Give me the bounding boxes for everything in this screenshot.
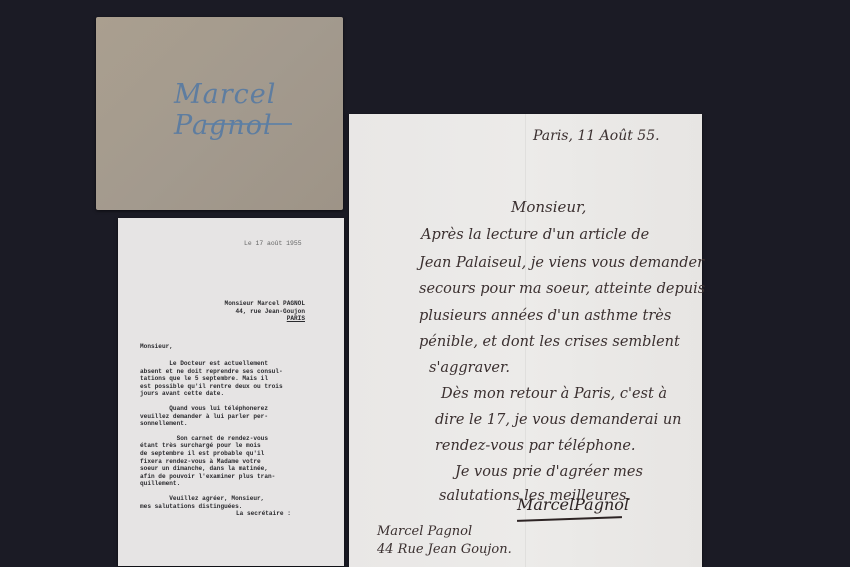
envelope-underline: [204, 123, 292, 125]
address-city: PARIS: [225, 315, 305, 323]
typed-paragraph: Quand vous lui téléphonerez veuillez dem…: [140, 405, 330, 428]
handwritten-line: Après la lecture d'un article de: [421, 227, 649, 243]
typed-letter: Le 17 août 1955 Monsieur Marcel PAGNOL 4…: [118, 218, 344, 566]
handwritten-line: secours pour ma soeur, atteinte depuis: [419, 281, 705, 297]
handwritten-date: Paris, 11 Août 55.: [533, 128, 660, 144]
handwritten-line: s'aggraver.: [429, 360, 510, 376]
handwritten-salutation: Monsieur,: [511, 198, 586, 216]
typed-letter-body: Le Docteur est actuellement absent et ne…: [140, 360, 330, 517]
address-line-1: Monsieur Marcel PAGNOL: [225, 300, 305, 308]
handwritten-line: pénible, et dont les crises semblent: [419, 334, 680, 350]
signature-underline: [517, 516, 622, 522]
typed-letter-signature: La secrétaire :: [236, 510, 291, 518]
typed-letter-address: Monsieur Marcel PAGNOL 44, rue Jean-Gouj…: [225, 300, 305, 323]
handwritten-line: Je vous prie d'agréer mes: [455, 464, 643, 480]
handwritten-line: plusieurs années d'un asthme très: [419, 308, 671, 324]
typed-paragraph: Son carnet de rendez-vous étant très sur…: [140, 435, 330, 488]
envelope: Marcel Pagnol: [96, 17, 343, 210]
handwritten-signature: MarcelPagnol: [517, 495, 629, 514]
typed-letter-salutation: Monsieur,: [140, 343, 173, 351]
envelope-handwritten-name: Marcel Pagnol: [174, 79, 343, 141]
handwritten-line: rendez-vous par téléphone.: [435, 438, 636, 454]
address-line-2: 44, rue Jean-Goujon: [225, 308, 305, 316]
handwritten-line: Jean Palaiseul, je viens vous demander: [419, 255, 704, 271]
handwritten-line: Dès mon retour à Paris, c'est à: [441, 386, 667, 402]
typed-paragraph: Le Docteur est actuellement absent et ne…: [140, 360, 330, 398]
return-address-street: 44 Rue Jean Goujon.: [377, 542, 512, 557]
handwritten-letter: Paris, 11 Août 55. Monsieur, Après la le…: [349, 114, 702, 567]
typed-letter-date: Le 17 août 1955: [244, 240, 302, 248]
typed-paragraph: Veuillez agréer, Monsieur, mes salutatio…: [140, 495, 330, 510]
handwritten-line: dire le 17, je vous demanderai un: [435, 412, 682, 428]
return-address-name: Marcel Pagnol: [377, 524, 472, 539]
